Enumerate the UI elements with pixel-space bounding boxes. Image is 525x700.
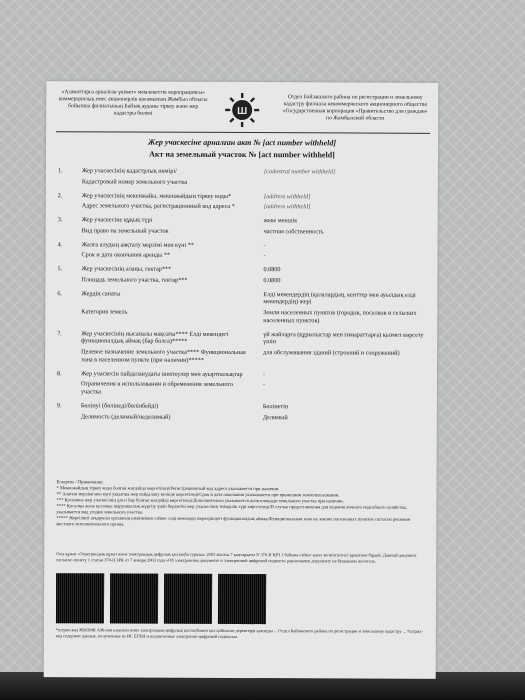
row-value-ru: [address withheld]: [252, 203, 430, 212]
row-value-kk: -: [251, 371, 429, 380]
row-number: 3.: [58, 216, 82, 224]
row-value-kk: Елді мекендердің (қалалардың, кенттер ме…: [251, 291, 429, 307]
row-value-kk: 0.0800: [251, 266, 429, 275]
qr-code-1-icon: [56, 573, 104, 623]
qr-codes: [56, 573, 266, 624]
table-row: Площадь земельного участка, гектар***0.0…: [57, 276, 429, 285]
svg-text:Ш: Ш: [237, 106, 247, 117]
land-act-document: «Азаматтарға арналған үкімет» мемлекетті…: [44, 81, 439, 679]
row-value-ru: Делимый: [251, 414, 429, 423]
row-number-spacer: [58, 251, 82, 259]
row-value-kk: Бөлінетін: [251, 403, 429, 412]
table-row: Целевое назначение земельного участка***…: [57, 348, 429, 365]
row-value-ru: [252, 179, 430, 188]
qr-code-2-icon: [110, 573, 158, 623]
table-row: 4.Жалға алудың аяқталу мерзімі мен күні …: [58, 241, 430, 250]
row-number: 6.: [57, 290, 81, 306]
row-label-ru: Категория земель: [81, 308, 251, 324]
notes: Ескертпе / Примечание: * Мекенжайдың тір…: [56, 479, 428, 528]
fields-table: 1.Жер учаскесінің кадастрлық нөмірі/[cad…: [57, 167, 430, 425]
qr-code-4-icon: [218, 574, 266, 624]
row-label-ru: Вид право на земельный участок: [82, 227, 252, 235]
table-row: Категория земельЗемли населенных пунктов…: [57, 308, 429, 325]
row-value-ru: -: [251, 381, 429, 397]
table-row: 7.Жер учаскесінің нысаналы мақсаты**** Е…: [57, 330, 429, 347]
issuer-kk: «Азаматтарға арналған үкімет» мемлекетті…: [58, 89, 208, 118]
table-row: Кадастровый номер земельного участка: [58, 178, 430, 187]
table-row: Адрес земельного участка, регистрационны…: [58, 202, 430, 211]
row-number-spacer: [57, 413, 81, 421]
qr-code-3-icon: [164, 574, 212, 624]
row-label-kk: Жер учаскесіне құқық түрі: [82, 216, 252, 224]
title-kk: Жер учаскесіне арналған акт № [act numbe…: [46, 137, 438, 149]
table-row: 3.Жер учаскесіне құқық түріжеке меншік: [58, 216, 430, 225]
footer-note: *штрих-код ЖМЗМК АЖ-нан алынған және эле…: [56, 627, 428, 640]
table-row: 9.Бөлінуі (бөлінеді/бөлінбейді)Бөлінетін: [57, 402, 429, 411]
document-header: «Азаматтарға арналған үкімет» мемлекетті…: [46, 89, 438, 133]
row-label-kk: Жер учаскесінің алаңы, гектар***: [81, 265, 251, 273]
row-value-kk: жеке меншік: [252, 217, 430, 226]
row-number: 9.: [57, 402, 81, 410]
row-label-kk: Жер учаскесін пайдаланудағы шектеулер ме…: [81, 370, 251, 378]
row-label-kk: Жер учаскесінің кадастрлық нөмірі/: [82, 167, 252, 175]
table-row: 6.Жердің санатыЕлді мекендердің (қалалар…: [57, 290, 429, 307]
row-value-kk: -: [252, 242, 430, 251]
table-row: 2.Жер учаскесінің мекенжайы, мекенжайдың…: [58, 192, 430, 201]
table-row: Ограничения в использовании и обременени…: [57, 380, 429, 397]
row-value-ru: частная собственность: [252, 228, 430, 237]
row-value-kk: [address withheld]: [252, 193, 430, 202]
table-row: Вид право на земельный участокчастная со…: [58, 227, 430, 236]
table-row: 8.Жер учаскесін пайдаланудағы шектеулер …: [57, 370, 429, 379]
table-row: 5.Жер учаскесінің алаңы, гектар***0.0800: [57, 265, 429, 274]
row-value-ru: для обслуживания зданий (строений и соор…: [251, 349, 429, 365]
row-label-kk: Бөлінуі (бөлінеді/бөлінбейді): [81, 402, 251, 410]
issuer-ru: Отдел Байзакского района по регистрации …: [280, 94, 430, 123]
row-number-spacer: [58, 178, 82, 186]
row-value-kk: үй жайларға (құрылыстар мен ғимараттарға…: [251, 331, 429, 347]
row-label-ru: Срок и дата окончания аренды **: [82, 252, 252, 260]
row-number-spacer: [57, 308, 81, 324]
row-value-ru: Земли населенных пунктов (городов, посел…: [251, 309, 429, 325]
sun-emblem-icon: Ш: [224, 92, 260, 128]
row-number: 8.: [57, 370, 81, 378]
table-row: 1.Жер учаскесінің кадастрлық нөмірі/[cad…: [58, 167, 430, 176]
row-value-kk: [cadastral number withheld]: [252, 168, 430, 177]
row-label-ru: Адрес земельного участка, регистрационны…: [82, 203, 252, 211]
row-label-kk: Жалға алудың аяқталу мерзімі мен күні **: [82, 241, 252, 249]
table-row: Срок и дата окончания аренды **-: [58, 251, 430, 260]
row-label-kk: Жердің санаты: [81, 290, 251, 306]
row-value-ru: 0.0800: [251, 277, 429, 286]
row-label-ru: Площадь земельного участка, гектар***: [81, 276, 251, 284]
table-row: Делимость (делимый/неделимый)Делимый: [57, 413, 429, 422]
header-divider: [56, 131, 430, 134]
row-number-spacer: [57, 276, 81, 284]
esignature-note: Осы құжат «Электрондық құжат және электр…: [56, 551, 428, 564]
row-number: 7.: [57, 330, 81, 346]
row-number-spacer: [57, 348, 81, 364]
row-label-kk: Жер учаскесінің нысаналы мақсаты**** Елд…: [81, 330, 251, 346]
row-number: 4.: [58, 241, 82, 249]
row-number-spacer: [58, 227, 82, 235]
row-label-ru: Делимость (делимый/неделимый): [81, 413, 251, 421]
row-number-spacer: [58, 202, 82, 210]
row-number: 5.: [57, 265, 81, 273]
row-number: 2.: [58, 192, 82, 200]
row-value-ru: -: [252, 252, 430, 261]
note-item: ***** Жергілікті атқарушы органның шешім…: [56, 515, 428, 529]
row-number: 1.: [58, 167, 82, 175]
row-number-spacer: [57, 380, 81, 396]
row-label-ru: Кадастровый номер земельного участка: [82, 178, 252, 186]
row-label-ru: Ограничения в использовании и обременени…: [81, 381, 251, 397]
row-label-ru: Целевое назначение земельного участка***…: [81, 348, 251, 364]
row-label-kk: Жер учаскесінің мекенжайы, мекенжайдың т…: [82, 192, 252, 200]
title-ru: Акт на земельный участок № [act number w…: [46, 149, 438, 161]
